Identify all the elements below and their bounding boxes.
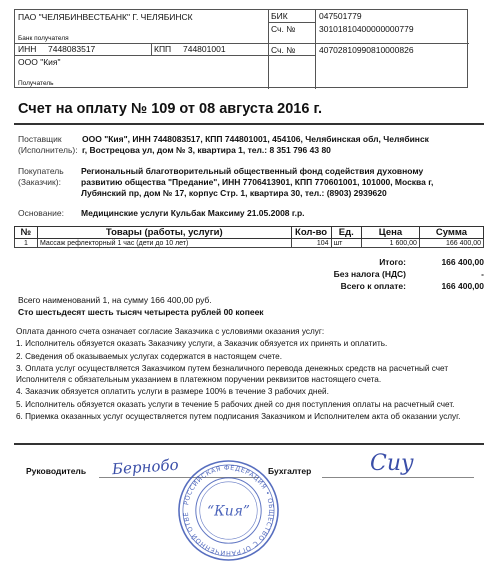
recipient-name: ООО "Кия" bbox=[18, 57, 61, 67]
total-value: 166 400,00 bbox=[426, 256, 484, 268]
recipient-label: Получатель bbox=[18, 80, 54, 87]
cell-quantity: 104 bbox=[291, 239, 331, 248]
col-header-unit: Ед. bbox=[331, 227, 362, 239]
customer-label-2: (Заказчик): bbox=[18, 177, 61, 188]
vat-row: Без налога (НДС) - bbox=[334, 268, 484, 280]
account-value: 40702810990810000826 bbox=[319, 45, 414, 55]
bik-label: БИК bbox=[271, 11, 288, 21]
basis-value: Медицинские услуги Кульбак Максиму 21.05… bbox=[81, 208, 491, 219]
term-item: 2. Сведения об оказываемых услугах содер… bbox=[16, 352, 486, 362]
divider bbox=[268, 22, 315, 23]
term-item: 5. Исполнитель обязуется оказать услуги … bbox=[16, 400, 486, 410]
customer-value: Региональный благотворительный обществен… bbox=[81, 166, 491, 177]
table-row: 1 Массаж рефлекторный 1 час (дети до 10 … bbox=[15, 239, 484, 248]
divider bbox=[268, 43, 469, 44]
supplier-value: ООО "Кия", ИНН 7448083517, КПП 744801001… bbox=[82, 134, 492, 145]
director-label: Руководитель bbox=[26, 466, 86, 476]
customer-label: Покупатель bbox=[18, 166, 64, 177]
customer-value-3: Лубянский пр, дом № 17, корпус Стр. 1, к… bbox=[81, 188, 491, 199]
customer-block: Покупатель (Заказчик): Региональный благ… bbox=[18, 166, 488, 200]
term-item: 6. Приемка оказанных услуг осуществляетс… bbox=[16, 412, 486, 422]
col-header-price: Цена bbox=[362, 227, 420, 239]
items-header-row: № Товары (работы, услуги) Кол-во Ед. Цен… bbox=[15, 227, 484, 239]
kpp-value: 744801001 bbox=[183, 44, 226, 54]
cell-goods: Массаж рефлекторный 1 час (дети до 10 ле… bbox=[37, 239, 291, 248]
total-label: Итого: bbox=[379, 256, 406, 268]
signature-divider bbox=[14, 443, 484, 445]
totals-block: Итого: 166 400,00 Без налога (НДС) - Все… bbox=[334, 256, 484, 292]
accountant-signature: Cuy bbox=[370, 451, 413, 476]
term-item: 1. Исполнитель обязуется оказать Заказчи… bbox=[16, 339, 486, 349]
summary-block: Всего наименований 1, на сумму 166 400,0… bbox=[18, 294, 264, 318]
bik-value: 047501779 bbox=[319, 11, 362, 21]
customer-value-2: развитию общества "Предание", ИНН 770641… bbox=[81, 177, 491, 188]
total-row: Итого: 166 400,00 bbox=[334, 256, 484, 268]
grand-total-label: Всего к оплате: bbox=[341, 280, 406, 292]
grand-total-value: 166 400,00 bbox=[426, 280, 484, 292]
supplier-block: Поставщик (Исполнитель): ООО "Кия", ИНН … bbox=[18, 134, 488, 156]
bank-name: ПАО "ЧЕЛЯБИНВЕСТБАНК" Г. ЧЕЛЯБИНСК bbox=[18, 12, 193, 22]
cell-number: 1 bbox=[15, 239, 38, 248]
amount-in-words: Сто шестьдесят шесть тысяч четыреста руб… bbox=[18, 306, 264, 318]
bank-label: Банк получателя bbox=[18, 35, 69, 42]
basis-label: Основание: bbox=[18, 208, 64, 219]
term-item: 3. Оплата услуг осуществляется Заказчико… bbox=[16, 364, 486, 385]
terms-block: Оплата данного счета означает согласие З… bbox=[16, 327, 486, 425]
col-header-quantity: Кол-во bbox=[291, 227, 331, 239]
divider bbox=[151, 43, 152, 55]
director-signature: Бернобо bbox=[111, 456, 179, 479]
inn-value: 7448083517 bbox=[48, 44, 95, 54]
cell-sum: 166 400,00 bbox=[419, 239, 483, 248]
invoice-title: Счет на оплату № 109 от 08 августа 2016 … bbox=[18, 101, 322, 117]
cell-price: 1 600,00 bbox=[362, 239, 420, 248]
col-header-goods: Товары (работы, услуги) bbox=[37, 227, 291, 239]
term-item: 4. Заказчик обязуется оплатить услуги в … bbox=[16, 387, 486, 397]
account-label: Сч. № bbox=[271, 45, 295, 55]
supplier-value-2: г, Вострецова ул, дом № 3, квартира 1, т… bbox=[82, 145, 492, 156]
company-stamp-icon: РОССИЙСКАЯ ФЕДЕРАЦИЯ • ОБЩЕСТВО С ОГРАНИ… bbox=[177, 459, 280, 562]
inn-label: ИНН bbox=[18, 44, 36, 54]
supplier-label: Поставщик bbox=[18, 134, 62, 145]
divider bbox=[315, 10, 316, 89]
grand-total-row: Всего к оплате: 166 400,00 bbox=[334, 280, 484, 292]
bank-details-table: ПАО "ЧЕЛЯБИНВЕСТБАНК" Г. ЧЕЛЯБИНСК Банк … bbox=[14, 9, 468, 88]
accountant-signature-line bbox=[322, 477, 474, 478]
corr-account-label: Сч. № bbox=[271, 24, 295, 34]
summary-count: Всего наименований 1, на сумму 166 400,0… bbox=[18, 294, 264, 306]
svg-text:“Кия”: “Кия” bbox=[207, 503, 250, 519]
col-header-number: № bbox=[15, 227, 38, 239]
kpp-label: КПП bbox=[154, 44, 171, 54]
col-header-sum: Сумма bbox=[419, 227, 483, 239]
vat-value: - bbox=[426, 268, 484, 280]
vat-label: Без налога (НДС) bbox=[334, 268, 406, 280]
divider bbox=[15, 55, 315, 56]
supplier-label-2: (Исполнитель): bbox=[18, 145, 78, 156]
title-divider bbox=[14, 123, 484, 125]
items-table: № Товары (работы, услуги) Кол-во Ед. Цен… bbox=[14, 226, 484, 248]
basis-block: Основание: Медицинские услуги Кульбак Ма… bbox=[18, 208, 488, 220]
cell-unit: шт bbox=[331, 239, 362, 248]
corr-account-value: 30101810400000000779 bbox=[319, 24, 414, 34]
terms-intro: Оплата данного счета означает согласие З… bbox=[16, 327, 486, 337]
